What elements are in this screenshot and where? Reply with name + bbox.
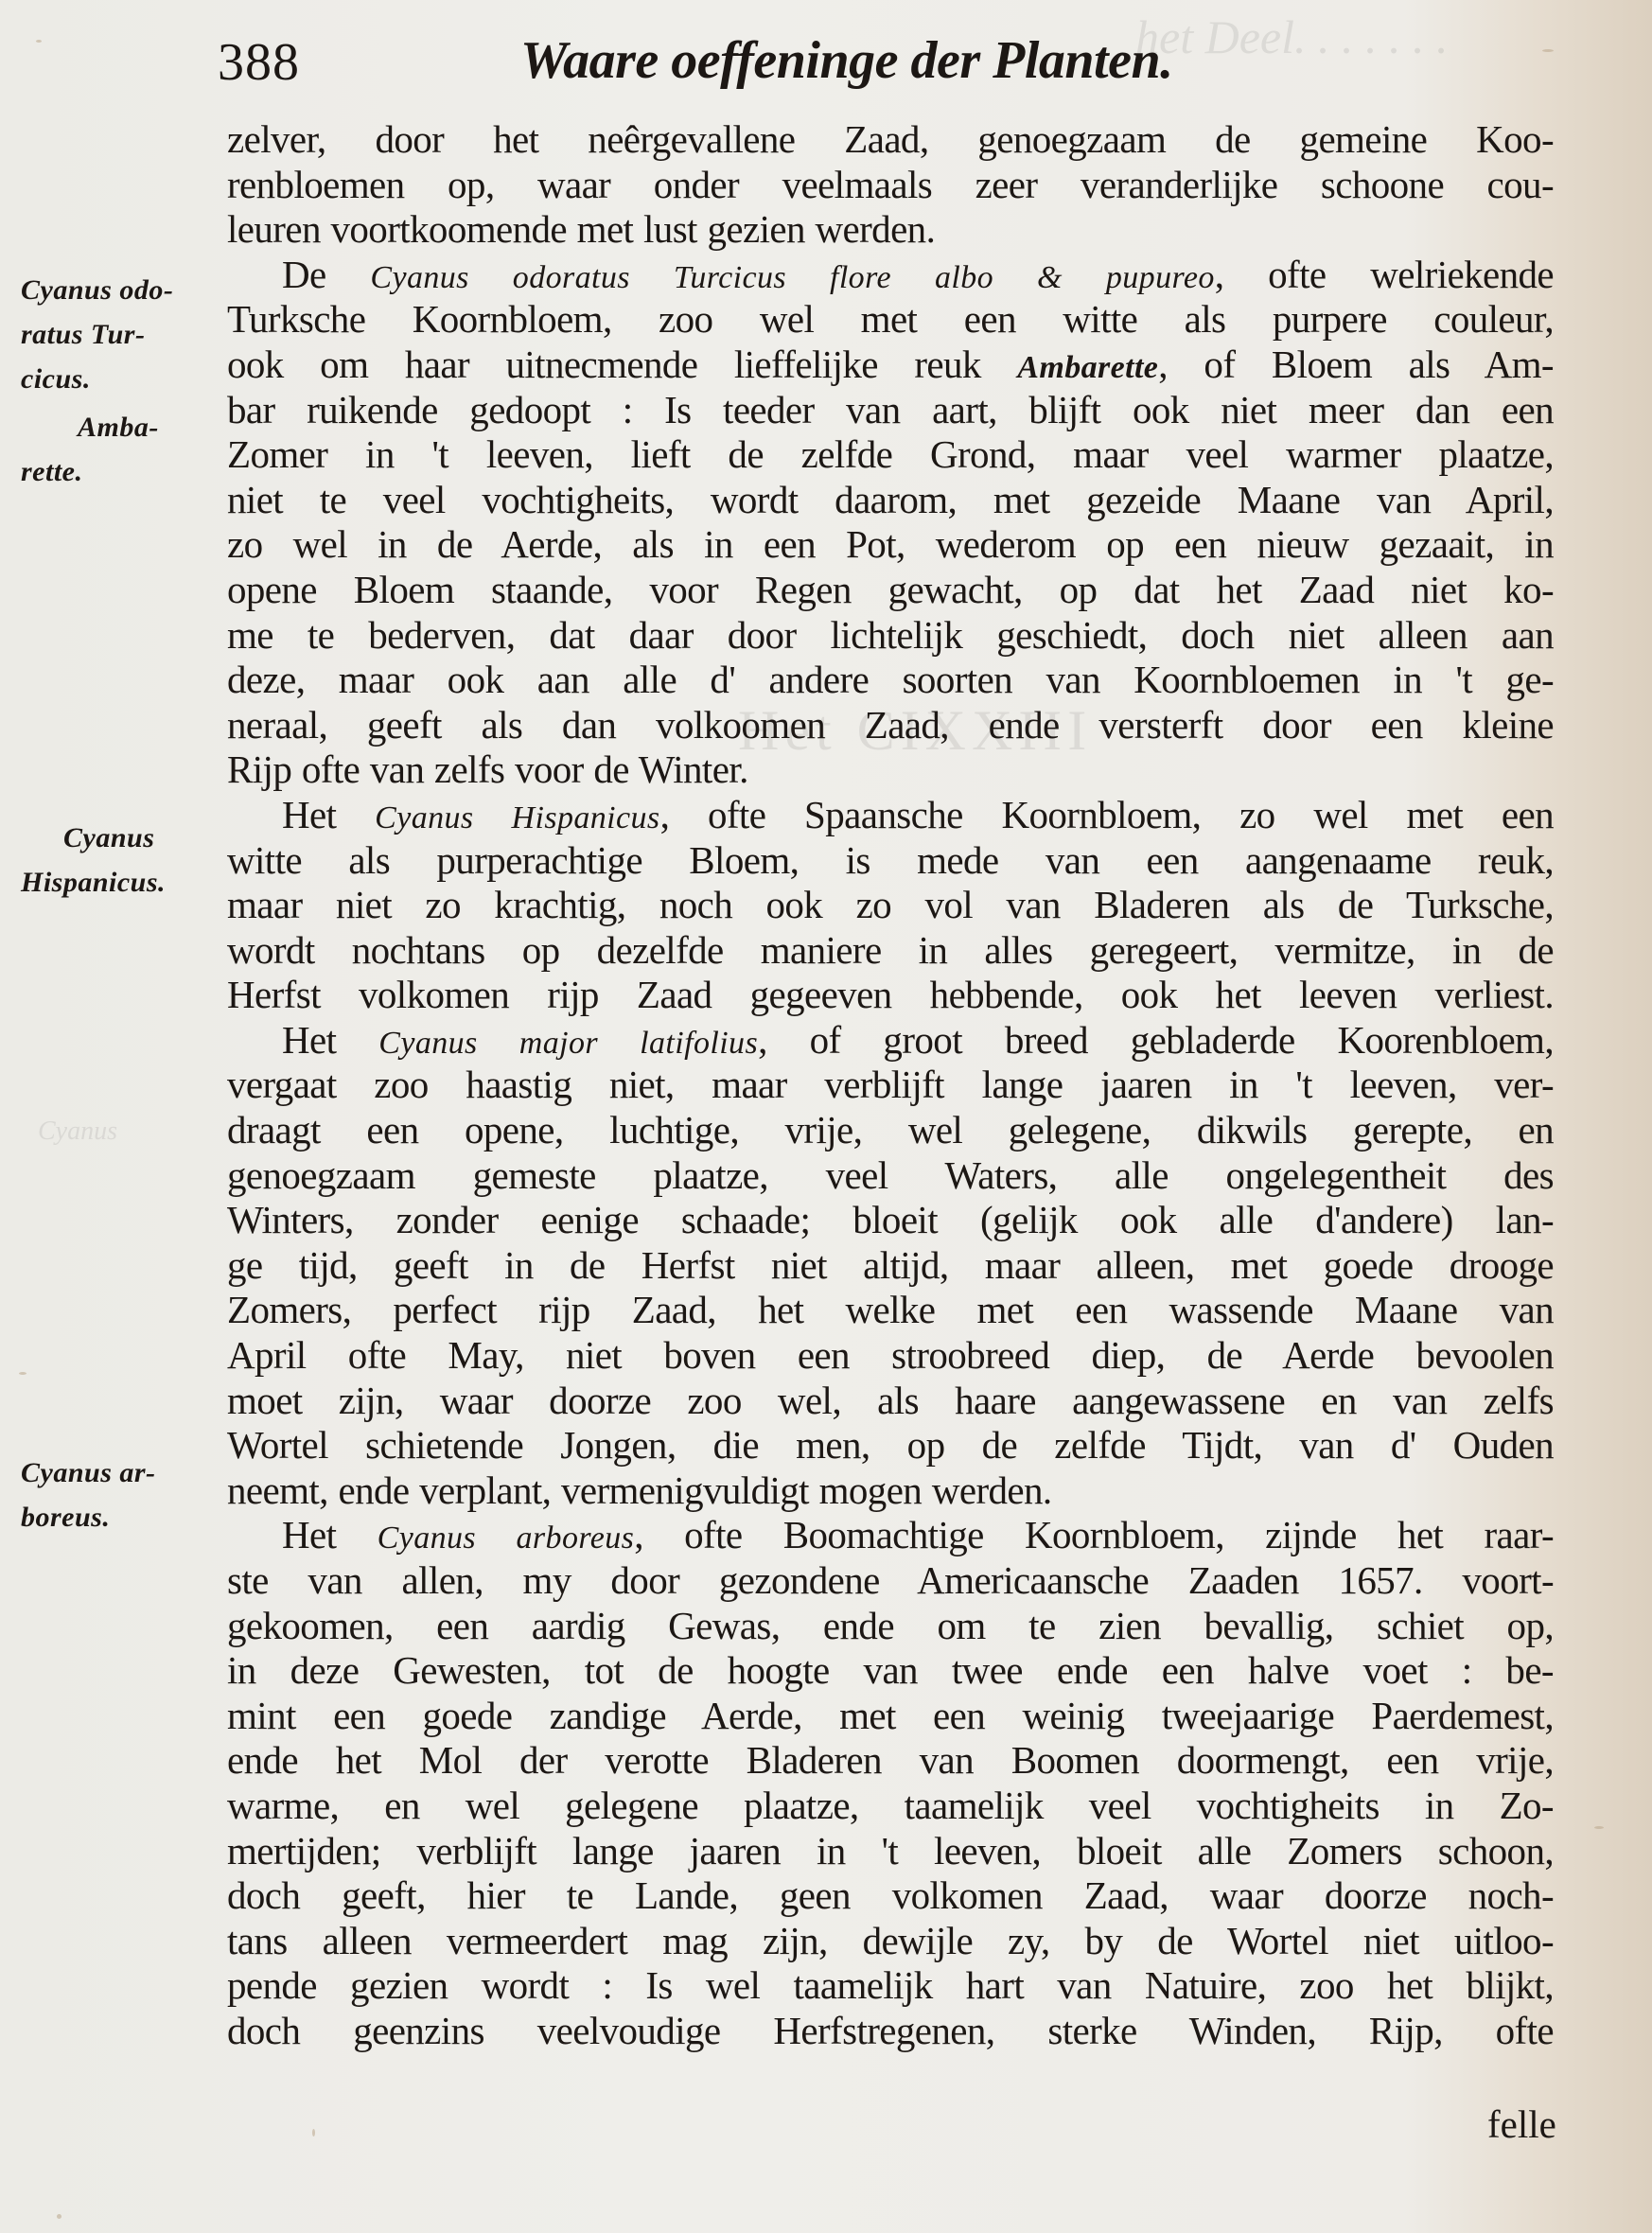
text-line: witte als purperachtige Bloem, is mede v… <box>227 838 1554 884</box>
text-line: genoegzaam gemeste plaatze, veel Waters,… <box>227 1153 1554 1199</box>
text-line: doch geenzins veelvoudige Herfstregenen,… <box>227 2009 1554 2054</box>
text-line: Winters, zonder eenige schaade; bloeit (… <box>227 1198 1554 1243</box>
bleed-through-text: Cyanus <box>38 1116 117 1147</box>
paper-speck <box>1594 1826 1604 1829</box>
paragraph-start-line: Het Cyanus major latifolius, of groot br… <box>227 1018 1554 1064</box>
text-line: Turksche Koornbloem, zoo wel met een wit… <box>227 297 1554 343</box>
text-run: , ofte welriekende <box>1215 253 1554 296</box>
margin-note-cyanus-hispanicus: Cyanus Hispanicus. <box>21 816 220 905</box>
paragraph-start-line: Het Cyanus Hispanicus, ofte Spaansche Ko… <box>227 793 1554 838</box>
margin-note-line: Cyanus <box>21 816 220 860</box>
catchword: felle <box>1487 2102 1556 2147</box>
text-line: ende het Mol der verotte Bladeren van Bo… <box>227 1738 1554 1784</box>
text-line: tans alleen vermeerdert mag zijn, dewijl… <box>227 1919 1554 1964</box>
text-line: ge tijd, geeft in de Herfst niet altijd,… <box>227 1243 1554 1289</box>
margin-note-cyanus-arboreus: Cyanus ar- boreus. <box>21 1451 220 1539</box>
latin-plant-name: Cyanus Hispanicus <box>375 800 659 835</box>
text-line: Herfst volkomen rijp Zaad gegeeven hebbe… <box>227 973 1554 1018</box>
page-number: 388 <box>218 36 300 89</box>
text-line: wordt nochtans op dezelfde maniere in al… <box>227 928 1554 974</box>
text-line: April ofte May, niet boven een stroobree… <box>227 1333 1554 1379</box>
text-line: opene Bloem staande, voor Regen gewacht,… <box>227 568 1554 613</box>
book-page: het Deel. . . . . . . Het CIXXIII Cyanus… <box>0 0 1652 2233</box>
paper-speck <box>19 1372 26 1375</box>
text-run: , ofte Boomachtige Koornbloem, zijnde he… <box>634 1513 1554 1556</box>
latin-plant-name: Cyanus arboreus <box>378 1521 635 1556</box>
text-run: Het <box>282 1513 378 1556</box>
margin-note-line: boreus. <box>21 1495 220 1539</box>
paper-speck <box>312 2129 315 2136</box>
text-line: leuren voortkoomende met lust gezien wer… <box>227 207 1554 253</box>
text-run: ook om haar uitnecmende lieffelijke reuk <box>227 343 1017 386</box>
text-line: gekoomen, een aardig Gewas, ende om te z… <box>227 1604 1554 1649</box>
margin-note-ambarette: Amba- rette. <box>21 405 220 494</box>
italic-term: Ambarette <box>1017 350 1158 385</box>
text-run: , ofte Spaansche Koornbloem, zo wel met … <box>660 793 1554 836</box>
body-text: zelver, door het neêrgevallene Zaad, gen… <box>227 117 1554 2054</box>
text-line: zo wel in de Aerde, als in een Pot, wede… <box>227 522 1554 568</box>
text-line: mint een goede zandige Aerde, met een we… <box>227 1694 1554 1739</box>
text-line: maar niet zo krachtig, noch ook zo vol v… <box>227 883 1554 928</box>
margin-note-line: ratus Tur- <box>21 312 220 357</box>
text-line: neemt, ende verplant, vermenigvuldigt mo… <box>227 1468 1554 1514</box>
latin-plant-name: Cyanus major latifolius <box>378 1026 758 1061</box>
margin-note-line: Cyanus ar- <box>21 1451 220 1495</box>
text-run: Het <box>282 793 375 836</box>
text-line: moet zijn, waar doorze zoo wel, als haar… <box>227 1379 1554 1424</box>
paper-speck <box>57 2214 62 2219</box>
running-title: Waare oeffeninge der Planten. <box>520 34 1173 87</box>
text-line: Rijp ofte van zelfs voor de Winter. <box>227 747 1554 793</box>
text-run: , of Bloem als Am- <box>1158 343 1554 386</box>
text-line: ste van allen, my door gezondene America… <box>227 1558 1554 1604</box>
text-line: warme, en wel gelegene plaatze, taamelij… <box>227 1784 1554 1829</box>
page-header: 388 Waare oeffeninge der Planten. <box>218 34 1561 110</box>
text-line: vergaat zoo haastig niet, maar verblijft… <box>227 1063 1554 1108</box>
text-line: mertijden; verblijft lange jaaren in 't … <box>227 1829 1554 1874</box>
margin-note-line: Amba- <box>21 405 220 449</box>
text-line: me te bederven, dat daar door lichtelijk… <box>227 613 1554 659</box>
margin-note-cyanus-odoratus: Cyanus odo- ratus Tur- cicus. <box>21 268 220 401</box>
text-line: draagt een opene, luchtige, vrije, wel g… <box>227 1108 1554 1153</box>
text-line: neraal, geeft als dan volkoomen Zaad, en… <box>227 703 1554 748</box>
text-line: doch geeft, hier te Lande, geen volkomen… <box>227 1873 1554 1919</box>
text-line: Zomers, perfect rijp Zaad, het welke met… <box>227 1288 1554 1333</box>
paragraph-start-line: Het Cyanus arboreus, ofte Boomachtige Ko… <box>227 1513 1554 1558</box>
text-line: deze, maar ook aan alle d' andere soorte… <box>227 658 1554 703</box>
margin-note-line: Hispanicus. <box>21 860 220 905</box>
text-line: renbloemen op, waar onder veelmaals zeer… <box>227 163 1554 208</box>
text-line: pende gezien wordt : Is wel taamelijk ha… <box>227 1963 1554 2009</box>
paragraph-start-line: De Cyanus odoratus Turcicus flore albo &… <box>227 253 1554 298</box>
text-line: zelver, door het neêrgevallene Zaad, gen… <box>227 117 1554 163</box>
text-run: Het <box>282 1018 378 1062</box>
text-line: ook om haar uitnecmende lieffelijke reuk… <box>227 343 1554 388</box>
margin-note-line: rette. <box>21 449 220 494</box>
paper-speck <box>36 40 42 43</box>
text-line: bar ruikende gedoopt : Is teeder van aar… <box>227 388 1554 433</box>
text-run: De <box>282 253 370 296</box>
text-line: niet te veel vochtigheits, wordt daarom,… <box>227 478 1554 523</box>
text-line: Zomer in 't leeven, lieft de zelfde Gron… <box>227 432 1554 478</box>
margin-note-line: cicus. <box>21 357 220 401</box>
margin-note-line: Cyanus odo- <box>21 268 220 312</box>
latin-plant-name: Cyanus odoratus Turcicus flore albo & pu… <box>370 260 1214 295</box>
text-line: in deze Gewesten, tot de hoogte van twee… <box>227 1648 1554 1694</box>
text-run: , of groot breed gebladerde Koorenbloem, <box>758 1018 1554 1062</box>
text-line: Wortel schietende Jongen, die men, op de… <box>227 1423 1554 1468</box>
